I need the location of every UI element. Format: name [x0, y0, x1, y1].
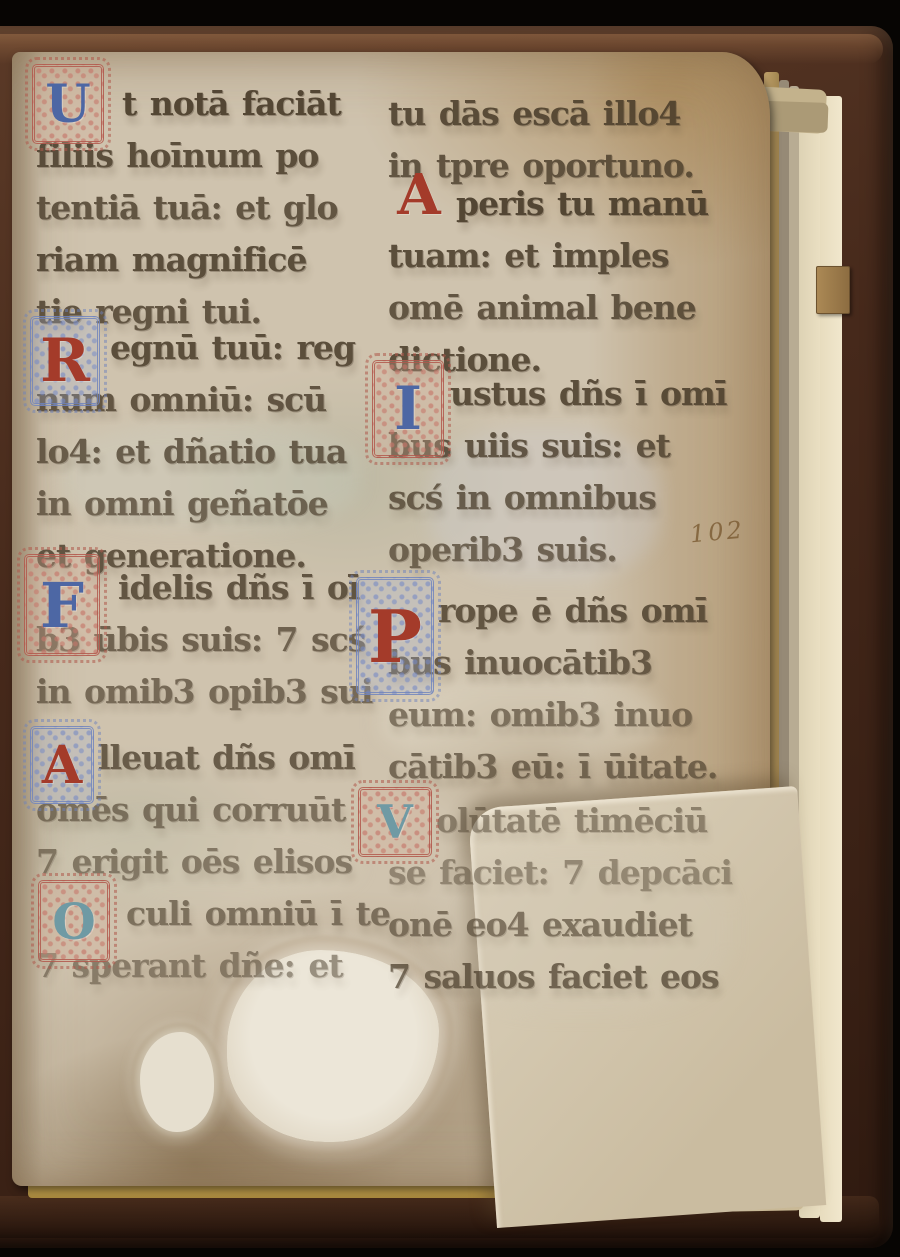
- verse-oculi: O culi omniū ī te 7 sperant dñe: et: [36, 888, 370, 992]
- bookmark-tab: [816, 266, 850, 314]
- text-line: tu dās escā illo4: [388, 88, 710, 140]
- text-line: se faciet: 7 depcāci: [388, 847, 710, 899]
- flyleaf-edge: [820, 96, 842, 1222]
- text-line: cātib3 eū: ī ūitate.: [388, 741, 710, 793]
- illuminated-initial-a: A: [394, 164, 444, 226]
- text-line: lo4: et dñatio tua: [36, 426, 370, 478]
- illuminated-initial-a: A: [30, 726, 94, 804]
- illuminated-initial-o: O: [38, 880, 110, 962]
- verse-ut-notam: U t notā faciāt filiis hoīnum po tentiā …: [36, 78, 370, 338]
- illuminated-initial-r: R: [30, 316, 100, 406]
- illuminated-initial-f: F: [24, 554, 100, 656]
- text-line: tentiā tuā: et glo: [36, 182, 370, 234]
- text-line: onē eo4 exaudiet: [388, 899, 710, 951]
- text-line: riam magnificē: [36, 234, 370, 286]
- verse-allevat: A lleuat dñs omī omēs qui corruūt 7 erig…: [36, 732, 370, 888]
- text-line: rope ē dñs omī: [388, 585, 710, 637]
- text-line: in omib3 opib3 sui: [36, 666, 370, 718]
- damage-stain: [140, 1032, 214, 1132]
- text-line: tuam: et imples: [388, 230, 710, 282]
- illuminated-initial-u: U: [32, 64, 104, 144]
- text-line: omē animal bene: [388, 282, 710, 334]
- illuminated-initial-i: I: [372, 360, 444, 458]
- verse-fidelis: F idelis dñs ī oī b3 ūbis suis: 7 scś in…: [36, 562, 370, 718]
- verse-aperis: A peris tu manū tuam: et imples omē anim…: [388, 178, 710, 386]
- text-line: bus inuocātib3: [388, 637, 710, 689]
- text-line: eum: omib3 inuo: [388, 689, 710, 741]
- text-line: in omni geñatōe: [36, 478, 370, 530]
- text-line: 7 saluos faciet eos: [388, 951, 710, 1003]
- manuscript-photo: 102 U t notā faciāt filiis hoīnum po ten…: [0, 0, 900, 1257]
- verse-iustus: I ustus dñs ī omī bus uiis suis: et scś …: [388, 368, 710, 576]
- illuminated-initial-p: P: [356, 577, 434, 695]
- text-line: olūtatē timēciū: [388, 795, 710, 847]
- verse-regnum: R egnū tuū: reg num omniū: scū lo4: et d…: [36, 322, 370, 582]
- illuminated-initial-v: V: [358, 787, 432, 857]
- verse-voluntatem: V olūtatē timēciū se faciet: 7 depcāci o…: [388, 795, 710, 1003]
- text-line: operib3 suis.: [388, 524, 710, 576]
- text-line: scś in omnibus: [388, 472, 710, 524]
- manuscript-page: 102 U t notā faciāt filiis hoīnum po ten…: [12, 52, 770, 1186]
- verse-prope: P rope ē dñs omī bus inuocātib3 eum: omi…: [388, 585, 710, 793]
